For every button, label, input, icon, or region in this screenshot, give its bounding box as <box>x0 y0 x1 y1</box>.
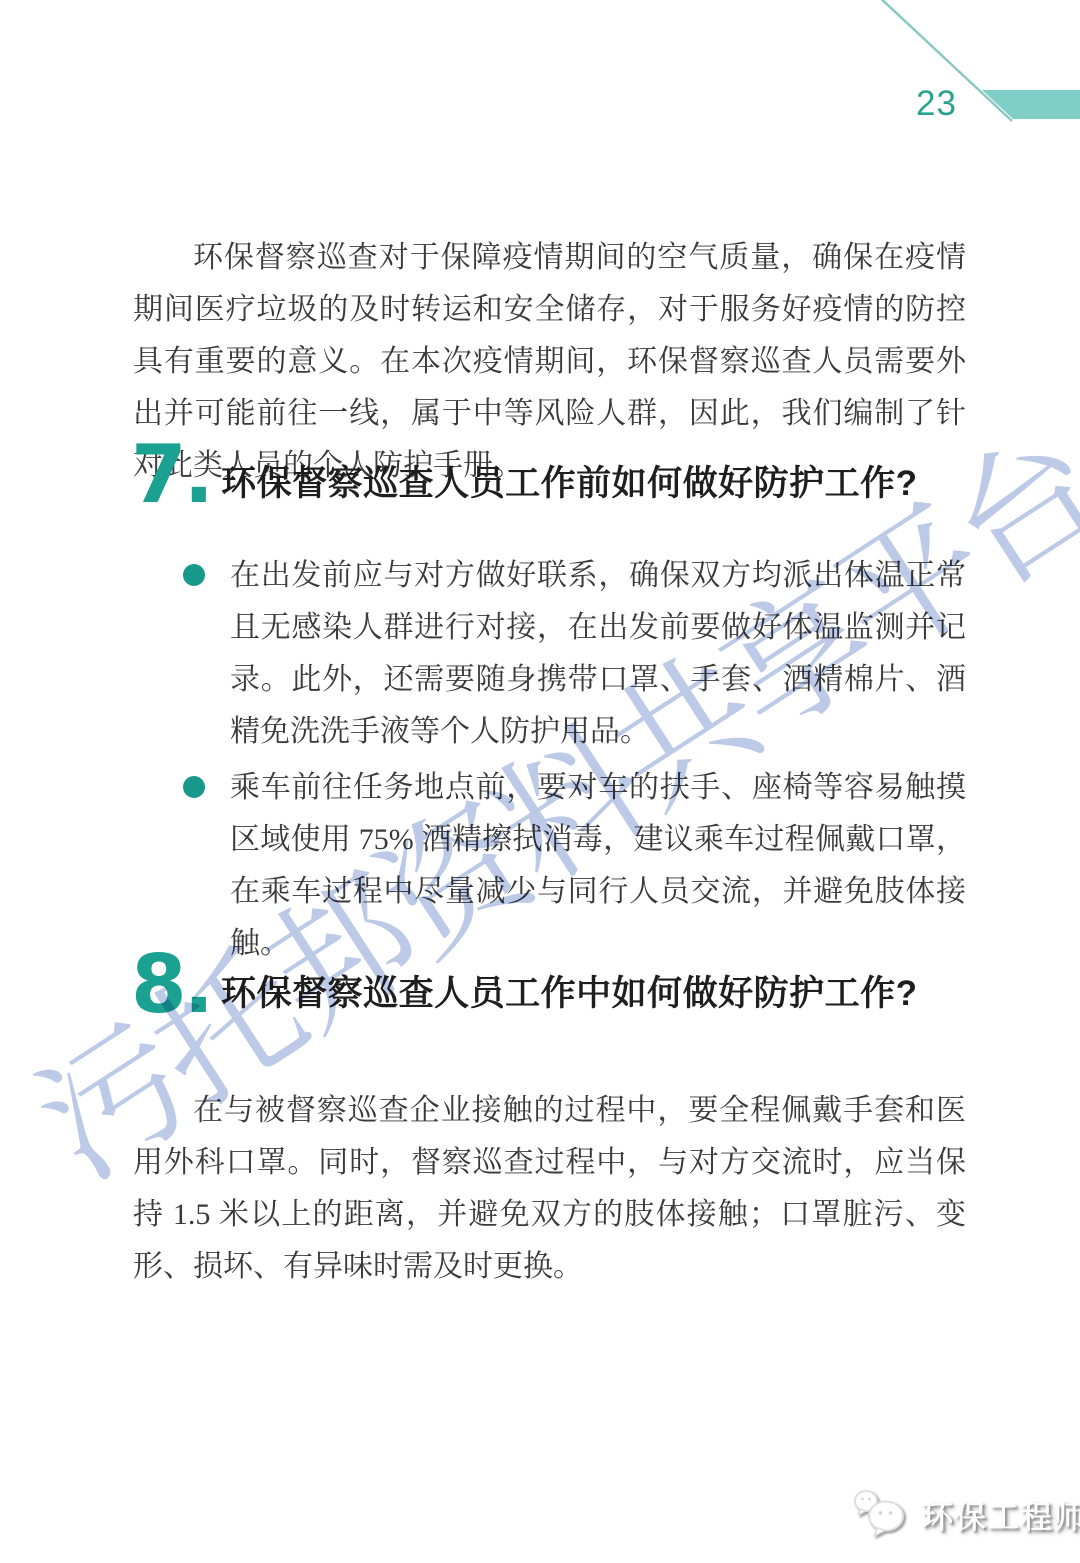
wechat-icon <box>852 1488 912 1540</box>
corner-teal-band <box>982 90 1080 119</box>
section-8-number: 8. <box>131 948 211 1022</box>
footer-brand: 环保工程师 <box>852 1488 1080 1540</box>
bullet-item-2: 乘车前往任务地点前，要对车的扶手、座椅等容易触摸区域使用 75% 酒精擦拭消毒，… <box>133 762 966 970</box>
bullet-dot-icon <box>183 564 205 586</box>
document-page: 23 环保督察巡查对于保障疫情期间的空气质量，确保在疫情期间医疗垃圾的及时转运和… <box>0 0 1080 1563</box>
section-7-title: 环保督察巡查人员工作前如何做好防护工作? <box>211 465 917 512</box>
section-8-paragraph: 在与被督察巡查企业接触的过程中，要全程佩戴手套和医用外科口罩。同时，督察巡查过程… <box>133 1085 966 1293</box>
section-8-title: 环保督察巡查人员工作中如何做好防护工作? <box>211 975 917 1022</box>
page-number: 23 <box>916 84 957 124</box>
section-8-heading: 8. 环保督察巡查人员工作中如何做好防护工作? <box>131 948 991 1022</box>
bullet-dot-icon <box>183 776 205 798</box>
section-7-heading: 7. 环保督察巡查人员工作前如何做好防护工作? <box>131 438 991 512</box>
bullet-item-1-text: 在出发前应与对方做好联系，确保双方均派出体温正常且无感染人群进行对接，在出发前要… <box>230 559 966 748</box>
bullet-item-2-text: 乘车前往任务地点前，要对车的扶手、座椅等容易触摸区域使用 75% 酒精擦拭消毒，… <box>230 771 966 960</box>
brand-name: 环保工程师 <box>922 1492 1080 1537</box>
section-7-number: 7. <box>131 438 211 512</box>
bullet-item-1: 在出发前应与对方做好联系，确保双方均派出体温正常且无感染人群进行对接，在出发前要… <box>133 550 966 758</box>
section-7-bullet-list: 在出发前应与对方做好联系，确保双方均派出体温正常且无感染人群进行对接，在出发前要… <box>133 550 966 974</box>
